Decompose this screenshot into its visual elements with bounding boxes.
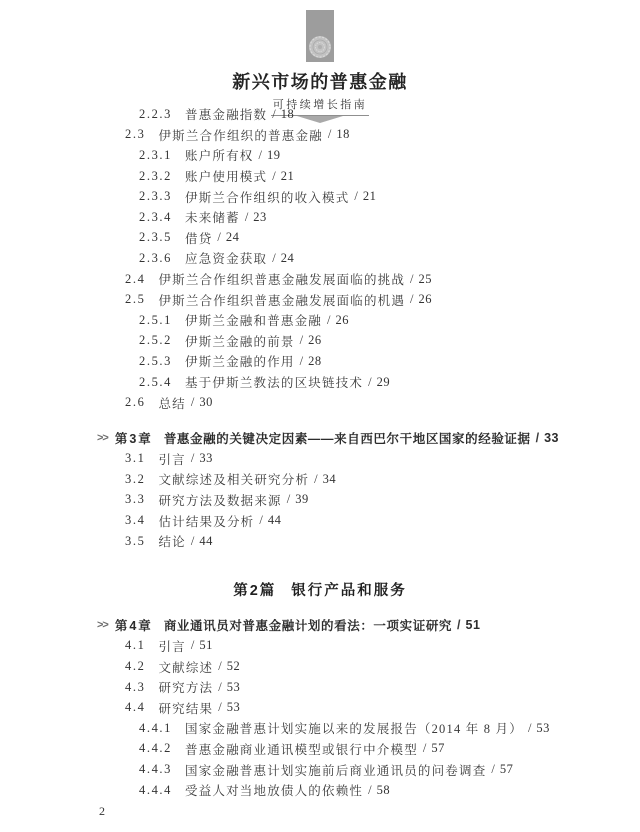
toc-entry-title: 商业通讯员对普惠金融计划的看法：一项实证研究 xyxy=(164,616,452,634)
toc-entry-4-4-1: 4.4.1国家金融普惠计划实施以来的发展报告（2014 年 8 月）/53 xyxy=(0,718,640,739)
toc-entry-separator: / xyxy=(272,169,275,184)
toc-entry-title: 引言 xyxy=(158,450,185,468)
toc-entry-number: 3.5 xyxy=(125,534,145,549)
toc-entry-number: 2.3.1 xyxy=(139,148,172,163)
chapter-marker-icon: >> xyxy=(97,619,108,631)
toc-entry-3-5: 3.5结论/44 xyxy=(0,531,640,552)
toc-entry-4-1: 4.1引言/51 xyxy=(0,636,640,657)
toc-entry-page: 21 xyxy=(363,189,377,204)
toc-entry-page: 29 xyxy=(377,375,391,390)
toc-entry-2-3-4: 2.3.4未来储蓄/23 xyxy=(0,207,640,228)
toc-entry-number: 3.3 xyxy=(125,492,145,507)
toc-entry-separator: / xyxy=(328,127,331,142)
toc-entry-number: 4.4.4 xyxy=(139,783,172,798)
toc-entry-separator: / xyxy=(423,741,426,756)
toc-entry--3-: >>第3章普惠金融的关键决定因素——来自西巴尔干地区国家的经验证据/33 xyxy=(0,428,640,449)
toc-entry-number: 2.3.6 xyxy=(139,251,172,266)
toc-entry-title: 受益人对当地放债人的依赖性 xyxy=(185,781,363,799)
toc-entry-2-6: 2.6总结/30 xyxy=(0,392,640,413)
toc-entry-3-2: 3.2文献综述及相关研究分析/34 xyxy=(0,469,640,490)
toc-entry-separator: / xyxy=(245,210,248,225)
toc-entry-2-3-1: 2.3.1账户所有权/19 xyxy=(0,145,640,166)
toc-entry-title: 未来储蓄 xyxy=(185,208,240,226)
toc-entry-separator: / xyxy=(300,333,303,348)
page-number: 2 xyxy=(99,804,105,819)
toc-entry-title: 研究方法 xyxy=(158,678,213,696)
toc-entry-4-4-2: 4.4.2普惠金融商业通讯模型或银行中介模型/57 xyxy=(0,739,640,760)
toc-entry-2-5: 2.5伊斯兰合作组织普惠金融发展面临的机遇/26 xyxy=(0,289,640,310)
toc-entry-number: 2.5.4 xyxy=(139,375,172,390)
toc-entry-number: 2.5.1 xyxy=(139,313,172,328)
toc-entry-title: 银行产品和服务 xyxy=(291,579,407,600)
toc-entry-page: 28 xyxy=(308,354,322,369)
toc-entry-title: 伊斯兰合作组织普惠金融发展面临的挑战 xyxy=(158,270,405,288)
toc-entry-number: 第4章 xyxy=(115,616,153,634)
toc-entry-number: 4.4.2 xyxy=(139,741,172,756)
toc-entry-number: 2.3.5 xyxy=(139,230,172,245)
toc-entry-separator: / xyxy=(368,783,371,798)
toc-entry-page: 25 xyxy=(419,272,433,287)
toc-entry-title: 引言 xyxy=(158,637,185,655)
table-of-contents: 2.2.3普惠金融指数/182.3伊斯兰合作组织的普惠金融/182.3.1账户所… xyxy=(0,104,640,800)
toc-entry-3-4: 3.4估计结果及分析/44 xyxy=(0,510,640,531)
toc-entry-separator: / xyxy=(259,148,262,163)
toc-entry-3-3: 3.3研究方法及数据来源/39 xyxy=(0,490,640,511)
toc-entry-separator: / xyxy=(368,375,371,390)
toc-entry-page: 26 xyxy=(419,292,433,307)
toc-entry-separator: / xyxy=(259,513,262,528)
toc-entry-separator: / xyxy=(536,431,539,445)
toc-entry-title: 总结 xyxy=(158,394,185,412)
toc-entry-separator: / xyxy=(491,762,494,777)
toc-entry-3-1: 3.1引言/33 xyxy=(0,449,640,470)
toc-entry-number: 4.3 xyxy=(125,680,145,695)
toc-entry-title: 国家金融普惠计划实施以来的发展报告（2014 年 8 月） xyxy=(185,719,523,737)
toc-entry-page: 44 xyxy=(199,534,213,549)
toc-entry-page: 51 xyxy=(199,638,213,653)
toc-entry-2-4: 2.4伊斯兰合作组织普惠金融发展面临的挑战/25 xyxy=(0,269,640,290)
toc-entry-number: 第2篇 xyxy=(233,579,276,600)
toc-entry-separator: / xyxy=(191,534,194,549)
toc-entry-number: 2.6 xyxy=(125,395,145,410)
toc-entry-page: 33 xyxy=(544,431,559,445)
toc-entry-number: 3.4 xyxy=(125,513,145,528)
publisher-seal-icon xyxy=(308,35,332,59)
toc-entry-separator: / xyxy=(218,680,221,695)
toc-entry-4-4-4: 4.4.4受益人对当地放债人的依赖性/58 xyxy=(0,780,640,801)
toc-entry-page: 52 xyxy=(227,659,241,674)
toc-entry-page: 26 xyxy=(308,333,322,348)
toc-entry-page: 57 xyxy=(431,741,445,756)
toc-entry-4-2: 4.2文献综述/52 xyxy=(0,656,640,677)
toc-entry-number: 4.1 xyxy=(125,638,145,653)
chapter-marker-icon: >> xyxy=(97,432,108,444)
toc-entry-title: 伊斯兰金融的前景 xyxy=(185,332,295,350)
toc-entry-separator: / xyxy=(191,451,194,466)
toc-entry-2-5-3: 2.5.3伊斯兰金融的作用/28 xyxy=(0,351,640,372)
toc-entry-title: 账户使用模式 xyxy=(185,167,267,185)
toc-entry-page: 19 xyxy=(267,148,281,163)
toc-entry-number: 第3章 xyxy=(115,429,153,447)
toc-entry-number: 4.2 xyxy=(125,659,145,674)
toc-entry-page: 51 xyxy=(466,618,481,632)
toc-entry-4-4: 4.4研究结果/53 xyxy=(0,697,640,718)
toc-entry-separator: / xyxy=(272,107,275,122)
toc-entry-2-3: 2.3伊斯兰合作组织的普惠金融/18 xyxy=(0,125,640,146)
toc-entry-separator: / xyxy=(287,492,290,507)
toc-entry-number: 2.5.2 xyxy=(139,333,172,348)
toc-entry-number: 2.3.3 xyxy=(139,189,172,204)
toc-entry-number: 2.3 xyxy=(125,127,145,142)
toc-entry-title: 伊斯兰金融的作用 xyxy=(185,352,295,370)
toc-entry-number: 4.4.3 xyxy=(139,762,172,777)
toc-entry-separator: / xyxy=(354,189,357,204)
toc-entry-2-3-2: 2.3.2账户使用模式/21 xyxy=(0,166,640,187)
toc-entry--4-: >>第4章商业通讯员对普惠金融计划的看法：一项实证研究/51 xyxy=(0,615,640,636)
toc-entry-4-4-3: 4.4.3国家金融普惠计划实施前后商业通讯员的问卷调查/57 xyxy=(0,759,640,780)
toc-entry-title: 文献综述及相关研究分析 xyxy=(158,470,309,488)
toc-entry-title: 基于伊斯兰教法的区块链技术 xyxy=(185,373,363,391)
toc-entry-separator: / xyxy=(410,292,413,307)
toc-entry-2-3-3: 2.3.3伊斯兰合作组织的收入模式/21 xyxy=(0,186,640,207)
toc-entry-separator: / xyxy=(314,472,317,487)
toc-entry-page: 24 xyxy=(226,230,240,245)
toc-entry-title: 普惠金融商业通讯模型或银行中介模型 xyxy=(185,740,418,758)
toc-entry-title: 伊斯兰合作组织的普惠金融 xyxy=(158,126,322,144)
book-title: 新兴市场的普惠金融 xyxy=(0,68,640,94)
toc-entry-page: 39 xyxy=(295,492,309,507)
toc-entry-separator: / xyxy=(218,659,221,674)
toc-entry-title: 文献综述 xyxy=(158,658,213,676)
toc-entry-2-5-4: 2.5.4基于伊斯兰教法的区块链技术/29 xyxy=(0,372,640,393)
toc-entry-separator: / xyxy=(217,230,220,245)
toc-entry-page: 21 xyxy=(281,169,295,184)
toc-entry-number: 3.1 xyxy=(125,451,145,466)
toc-entry-title: 伊斯兰合作组织的收入模式 xyxy=(185,188,349,206)
toc-entry-page: 58 xyxy=(377,783,391,798)
toc-entry-title: 账户所有权 xyxy=(185,146,254,164)
toc-entry-title: 研究结果 xyxy=(158,699,213,717)
toc-entry-number: 2.2.3 xyxy=(139,107,172,122)
toc-entry-number: 2.3.2 xyxy=(139,169,172,184)
toc-entry-number: 2.3.4 xyxy=(139,210,172,225)
toc-entry-page: 44 xyxy=(268,513,282,528)
toc-entry-2-3-5: 2.3.5借贷/24 xyxy=(0,228,640,249)
toc-entry-number: 2.5 xyxy=(125,292,145,307)
toc-entry-separator: / xyxy=(528,721,531,736)
toc-entry-page: 18 xyxy=(281,107,295,122)
toc-entry-page: 30 xyxy=(199,395,213,410)
toc-entry-number: 4.4 xyxy=(125,700,145,715)
toc-entry-title: 借贷 xyxy=(185,229,212,247)
toc-entry-4-3: 4.3研究方法/53 xyxy=(0,677,640,698)
toc-entry-2-5-1: 2.5.1伊斯兰金融和普惠金融/26 xyxy=(0,310,640,331)
toc-entry-separator: / xyxy=(218,700,221,715)
toc-entry-number: 3.2 xyxy=(125,472,145,487)
toc-entry-title: 应急资金获取 xyxy=(185,249,267,267)
toc-entry-page: 24 xyxy=(281,251,295,266)
toc-entry-separator: / xyxy=(191,638,194,653)
toc-entry-2-2-3: 2.2.3普惠金融指数/18 xyxy=(0,104,640,125)
toc-entry-title: 国家金融普惠计划实施前后商业通讯员的问卷调查 xyxy=(185,761,486,779)
toc-entry-separator: / xyxy=(327,313,330,328)
toc-entry--2-: 第2篇银行产品和服务 xyxy=(0,579,640,600)
toc-entry-title: 研究方法及数据来源 xyxy=(158,491,281,509)
toc-entry-2-5-2: 2.5.2伊斯兰金融的前景/26 xyxy=(0,331,640,352)
toc-entry-title: 普惠金融的关键决定因素——来自西巴尔干地区国家的经验证据 xyxy=(164,429,531,447)
toc-entry-page: 53 xyxy=(536,721,550,736)
toc-entry-title: 结论 xyxy=(158,532,185,550)
toc-entry-number: 2.4 xyxy=(125,272,145,287)
toc-entry-page: 53 xyxy=(227,680,241,695)
toc-entry-separator: / xyxy=(300,354,303,369)
toc-entry-title: 伊斯兰合作组织普惠金融发展面临的机遇 xyxy=(158,291,405,309)
toc-entry-2-3-6: 2.3.6应急资金获取/24 xyxy=(0,248,640,269)
toc-entry-separator: / xyxy=(457,618,460,632)
toc-entry-number: 2.5.3 xyxy=(139,354,172,369)
toc-entry-page: 34 xyxy=(323,472,337,487)
toc-entry-separator: / xyxy=(410,272,413,287)
toc-entry-page: 18 xyxy=(336,127,350,142)
book-toc-page: 新兴市场的普惠金融 可持续增长指南 2.2.3普惠金融指数/182.3伊斯兰合作… xyxy=(0,0,640,832)
toc-entry-title: 估计结果及分析 xyxy=(158,512,254,530)
toc-entry-page: 26 xyxy=(336,313,350,328)
toc-entry-page: 57 xyxy=(500,762,514,777)
toc-entry-separator: / xyxy=(191,395,194,410)
toc-entry-title: 伊斯兰金融和普惠金融 xyxy=(185,311,322,329)
bookmark-ribbon xyxy=(306,10,334,62)
toc-entry-number: 4.4.1 xyxy=(139,721,172,736)
toc-entry-page: 23 xyxy=(253,210,267,225)
toc-entry-title: 普惠金融指数 xyxy=(185,105,267,123)
toc-entry-page: 53 xyxy=(227,700,241,715)
toc-entry-page: 33 xyxy=(199,451,213,466)
toc-entry-separator: / xyxy=(272,251,275,266)
